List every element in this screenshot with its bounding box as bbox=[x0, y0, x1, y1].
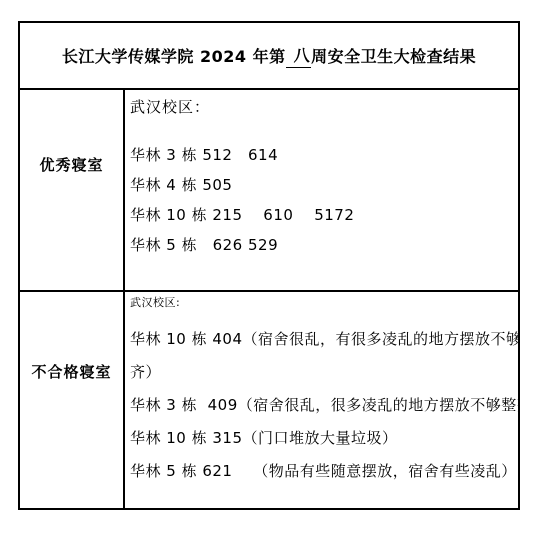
list-item: 华林 10 栋 315（门口堆放大量垃圾） bbox=[130, 422, 512, 455]
campus-heading: 武汉校区: bbox=[130, 292, 512, 310]
excellent-dorms-label: 优秀寝室 bbox=[39, 154, 103, 175]
title-text-post: 周安全卫生大检查结果 bbox=[311, 44, 476, 67]
failed-dorms-content-cell: 武汉校区: 华林 10 栋 404（宿舍很乱，有很多凌乱的地方摆放不够整 齐） … bbox=[123, 290, 518, 508]
failed-dorms-list: 华林 10 栋 404（宿舍很乱，有很多凌乱的地方摆放不够整 齐） 华林 3 栋… bbox=[130, 323, 512, 488]
list-item: 华林 10 栋 404（宿舍很乱，有很多凌乱的地方摆放不够整 bbox=[130, 323, 512, 356]
row-label-failed-dorms: 不合格寝室 bbox=[20, 290, 123, 508]
title-text-pre: 长江大学传媒学院 2024 年第 bbox=[62, 44, 286, 67]
list-item: 华林 10 栋 215 610 5172 bbox=[130, 200, 512, 230]
list-item: 华林 3 栋 512 614 bbox=[130, 140, 512, 170]
list-item: 华林 5 栋 621 （物品有些随意摆放，宿舍有些凌乱） bbox=[130, 455, 512, 488]
document-page: 长江大学传媒学院 2024 年第八周安全卫生大检查结果 优秀寝室 武汉校区： 华… bbox=[0, 0, 540, 534]
excellent-dorms-content-cell: 武汉校区： 华林 3 栋 512 614 华林 4 栋 505 华林 10 栋 … bbox=[123, 88, 518, 290]
list-item: 华林 3 栋 409（宿舍很乱，很多凌乱的地方摆放不够整齐 ） bbox=[130, 389, 512, 422]
list-item: 华林 5 栋 626 529 bbox=[130, 230, 512, 260]
excellent-dorms-list: 华林 3 栋 512 614 华林 4 栋 505 华林 10 栋 215 61… bbox=[130, 140, 512, 260]
table-title-row: 长江大学传媒学院 2024 年第八周安全卫生大检查结果 bbox=[20, 23, 518, 88]
inspection-results-table: 长江大学传媒学院 2024 年第八周安全卫生大检查结果 优秀寝室 武汉校区： 华… bbox=[18, 21, 520, 510]
row-label-excellent-dorms: 优秀寝室 bbox=[20, 88, 123, 290]
list-item: 齐） bbox=[130, 356, 512, 389]
campus-heading: 武汉校区： bbox=[130, 90, 512, 117]
failed-dorms-label: 不合格寝室 bbox=[31, 361, 111, 382]
list-item: 华林 4 栋 505 bbox=[130, 170, 512, 200]
title-week-underlined: 八 bbox=[286, 43, 312, 68]
